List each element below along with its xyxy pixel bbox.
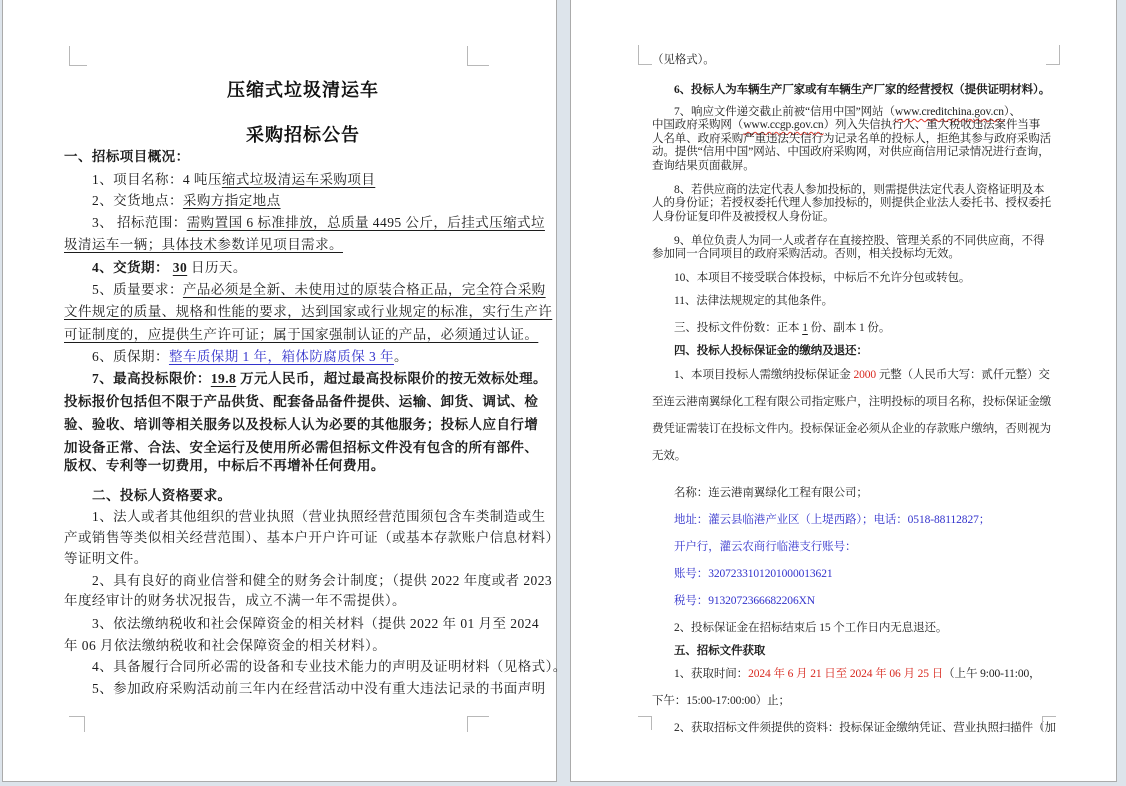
text-run: 费凭证需装订在投标文件内。投标保证金必须从企业的存款账户缴纳，否则视为	[652, 423, 1051, 435]
text-run: 验、验收、培训等相关服务以及投标人认为必要的其他服务；投标人应自行增	[64, 417, 538, 432]
text-line: 投标报价包括但不限于产品供货、配套备品备件提供、运输、卸货、调试、检	[64, 393, 538, 411]
text-run: 三、投标文件份数：正本	[674, 322, 802, 334]
text-line: 下午：15:00-17:00:00）止；	[652, 694, 790, 708]
text-run: 四、投标人投标保证金的缴纳及退还：	[674, 345, 868, 357]
text-line: 无效。	[652, 449, 686, 463]
text-run: 9、单位负责人为同一人或者存在直接控股、管理关系的不同供应商，不得	[674, 235, 1044, 247]
text-line: 二、投标人资格要求。	[92, 487, 232, 505]
text-line: 动。提供“信用中国”网站、中国政府采购网，对供应商信用记录情况进行查询，	[652, 145, 1050, 159]
text-line: 5、参加政府采购活动前三年内在经营活动中没有重大违法记录的书面声明	[92, 680, 546, 698]
text-run: 名称：连云港南翼绿化工程有限公司；	[674, 487, 868, 499]
text-run: 人身份证复印件及被授权人身份证。	[652, 211, 834, 223]
text-run: 开户行，灌云农商行临港支行账号：	[674, 541, 856, 553]
text-run: 查询结果页面截屏。	[652, 160, 755, 172]
margin-corner-mark	[1046, 45, 1060, 65]
text-run: （上午 9:00-11:00，	[943, 668, 1040, 680]
margin-corner-mark	[638, 716, 652, 730]
text-run: 1、法人或者其他组织的营业执照（营业执照经营范围须包含车类制造或生	[92, 509, 546, 524]
text-run: 8、若供应商的法定代表人参加投标的，则需提供法定代表人资格证明及本	[674, 184, 1044, 196]
text-run: 采购方指定地点	[183, 193, 281, 208]
text-line: 账号：3207233101201000013621	[674, 567, 833, 581]
text-run: 动。提供“信用中国”网站、中国政府采购网，对供应商信用记录情况进行查询，	[652, 146, 1050, 158]
text-line: 2、获取招标文件须提供的资料：投标保证金缴纳凭证、营业执照扫描件（加	[674, 721, 1056, 735]
text-run: 投标报价包括但不限于产品供货、配套备品备件提供、运输、卸货、调试、检	[64, 394, 538, 409]
text-run: 整车质保期 1 年，箱体防腐质保 3 年	[169, 349, 394, 364]
text-line: 可证制度的，应提供生产许可证；属于国家强制认证的产品，必须通过认证。	[64, 326, 538, 344]
text-run: 19.8	[211, 371, 236, 386]
text-run: 人名单、政府采购严重违法失信行为记录名单的投标人，拒绝其参与政府采购活	[652, 133, 1051, 145]
text-run: 需购置国 6 标准排放，总质量 4495 公斤，后挂式压缩式垃	[187, 215, 545, 230]
text-line: 税号：9132072366682206XN	[674, 594, 815, 608]
text-line: 年 06 月依法缴纳税收和社会保障资金的相关材料）。	[64, 637, 386, 655]
text-run: 五、招标文件获取	[674, 645, 765, 657]
text-run: 至连云港南翼绿化工程有限公司指定账户，注明投标的项目名称，投标保证金缴	[652, 396, 1051, 408]
text-run: 11、法律法规规定的其他条件。	[674, 295, 833, 307]
text-line: 开户行，灌云农商行临港支行账号：	[674, 540, 856, 554]
text-run: 产品必须是全新、未使用过的原装合格正品，完全符合采购	[183, 282, 546, 297]
text-line: 等证明文件。	[64, 550, 148, 568]
text-run: 4、交货期：	[92, 260, 173, 275]
text-run: 4、具备履行合同所必需的设备和专业技术能力的声明及证明材料（见格式）。	[92, 659, 567, 674]
text-line: 加设备正常、合法、安全运行及使用所必需但招标文件没有包含的所有部件、	[64, 439, 538, 457]
text-run: 地址：灌云县临港产业区（上堤西路）；电话：0518-88112827；	[674, 514, 990, 526]
text-run: 版权、专利等一切费用，中标后不再增补任何费用。	[64, 458, 385, 473]
text-run: 。	[394, 349, 408, 364]
text-line: 中国政府采购网（www.ccgp.gov.cn）列入失信执行人、重大税收违法案件…	[652, 118, 1040, 132]
text-line: 7、响应文件递交截止前被“信用中国”网站（www.creditchina.gov…	[674, 105, 1021, 119]
text-run: 6、质保期：	[92, 349, 169, 364]
text-run: 缩式垃圾清运车采购项目	[222, 172, 375, 187]
text-run: 3、依法缴纳税收和社会保障资金的相关材料（提供 2022 年 01 月至 202…	[92, 616, 539, 631]
margin-corner-mark	[69, 716, 85, 732]
text-line: 产或销售等类似相关经营范围）、基本户开户许可证（或基本存款账户信息材料）	[64, 529, 559, 547]
text-run: 7、最高投标限价：	[92, 371, 211, 386]
text-line: 1、本项目投标人需缴纳投标保证金 2000 元整（人民币大写：贰仟元整）交	[674, 368, 1050, 382]
text-run: 1、获取时间：	[674, 668, 748, 680]
text-line: 2、交货地点：采购方指定地点	[92, 192, 281, 210]
margin-corner-mark	[69, 46, 87, 66]
text-line: 人的身份证；若授权委托代理人参加投标的，则提供企业法人委托书、授权委托	[652, 196, 1051, 210]
text-line: 3、依法缴纳税收和社会保障资金的相关材料（提供 2022 年 01 月至 202…	[92, 615, 539, 633]
text-line: 5、质量要求：产品必须是全新、未使用过的原装合格正品，完全符合采购	[92, 281, 546, 299]
text-run: 加设备正常、合法、安全运行及使用所必需但招标文件没有包含的所有部件、	[64, 440, 538, 455]
text-line: 1、项目名称：4 吨压缩式垃圾清运车采购项目	[92, 171, 375, 189]
text-run: 账号：3207233101201000013621	[674, 568, 833, 580]
text-run: www.creditchina.gov.cn	[895, 106, 1004, 118]
text-run: 2000	[853, 369, 876, 381]
text-line: 名称：连云港南翼绿化工程有限公司；	[674, 486, 868, 500]
text-run: 产或销售等类似相关经营范围）、基本户开户许可证（或基本存款账户信息材料）	[64, 530, 559, 545]
text-line: 8、若供应商的法定代表人参加投标的，则需提供法定代表人资格证明及本	[674, 183, 1044, 197]
text-run: 下午：15:00-17:00:00）止；	[652, 695, 790, 707]
text-line: 地址：灌云县临港产业区（上堤西路）；电话：0518-88112827；	[674, 513, 990, 527]
text-line: 三、投标文件份数：正本 1 份、副本 1 份。	[674, 321, 890, 335]
text-run: 年 06 月依法缴纳税收和社会保障资金的相关材料）。	[64, 638, 386, 653]
text-line: 4、交货期： 30 日历天。	[92, 259, 247, 277]
text-run: 万元人民币，超过最高投标限价的按无效标处理。	[236, 371, 547, 386]
text-run: 5、质量要求：	[92, 282, 183, 297]
text-run: 圾清运车一辆；具体技术参数详见项目需求。	[64, 237, 343, 252]
text-line: 一、招标项目概况：	[64, 148, 190, 166]
document-page-2[interactable]: （见格式）。6、投标人为车辆生产厂家或有车辆生产厂家的经营授权（提供证明材料）。…	[570, 0, 1117, 782]
text-line: 6、投标人为车辆生产厂家或有车辆生产厂家的经营授权（提供证明材料）。	[674, 83, 1050, 97]
text-line: 文件规定的质量、规格和性能的要求，达到国家或行业规定的标准，实行生产许	[64, 303, 552, 321]
document-title-line2: 采购招标公告	[43, 121, 563, 147]
text-line: 验、验收、培训等相关服务以及投标人认为必要的其他服务；投标人应自行增	[64, 416, 538, 434]
margin-corner-mark	[638, 45, 652, 65]
margin-corner-mark	[467, 46, 489, 66]
text-line: 1、获取时间：2024 年 6 月 21 日至 2024 年 06 月 25 日…	[674, 667, 1041, 681]
text-run: 日历天。	[187, 260, 247, 275]
margin-corner-mark	[467, 716, 489, 732]
text-run: 1、项目名称：4 吨压	[92, 172, 222, 187]
text-run: 1、本项目投标人需缴纳投标保证金	[674, 369, 853, 381]
text-run: 5、参加政府采购活动前三年内在经营活动中没有重大违法记录的书面声明	[92, 681, 546, 696]
text-line: 2、具有良好的商业信誉和健全的财务会计制度；（提供 2022 年度或者 2023	[92, 572, 552, 590]
text-run: 2、获取招标文件须提供的资料：投标保证金缴纳凭证、营业执照扫描件（加	[674, 722, 1056, 734]
text-line: 7、最高投标限价：19.8 万元人民币，超过最高投标限价的按无效标处理。	[92, 370, 547, 388]
text-line: 五、招标文件获取	[674, 644, 765, 658]
text-line: 人名单、政府采购严重违法失信行为记录名单的投标人，拒绝其参与政府采购活	[652, 132, 1051, 146]
text-line: 参加同一合同项目的政府采购活动。否则，相关投标均无效。	[652, 247, 960, 261]
text-line: 版权、专利等一切费用，中标后不再增补任何费用。	[64, 457, 385, 475]
text-run: ）列入失信执行人、重大税收违法案件当事	[824, 119, 1041, 131]
text-run: 人的身份证；若授权委托代理人参加投标的，则提供企业法人委托书、授权委托	[652, 197, 1051, 209]
text-run: 7、响应文件递交截止前被“信用中国”网站（	[674, 106, 895, 118]
text-run: 一、招标项目概况：	[64, 149, 190, 164]
text-line: 四、投标人投标保证金的缴纳及退还：	[674, 344, 868, 358]
margin-corner-mark	[1042, 716, 1056, 730]
text-line: 年度经审计的财务状况报告，成立不满一年不需提供）。	[64, 592, 406, 610]
document-page-1[interactable]: 压缩式垃圾清运车 采购招标公告 一、招标项目概况：1、项目名称：4 吨压缩式垃圾…	[2, 0, 557, 782]
text-run: 二、投标人资格要求。	[92, 488, 232, 503]
text-line: 4、具备履行合同所必需的设备和专业技术能力的声明及证明材料（见格式）。	[92, 658, 567, 676]
text-run: 2024 年 6 月 21 日至 2024 年 06 月 25 日	[748, 668, 943, 680]
text-line: 1、法人或者其他组织的营业执照（营业执照经营范围须包含车类制造或生	[92, 508, 546, 526]
text-line: 费凭证需装订在投标文件内。投标保证金必须从企业的存款账户缴纳，否则视为	[652, 422, 1051, 436]
document-title-line1: 压缩式垃圾清运车	[43, 76, 563, 102]
text-run: 元整（人民币大写：贰仟元整）交	[876, 369, 1050, 381]
text-run: 2、具有良好的商业信誉和健全的财务会计制度；（提供 2022 年度或者 2023	[92, 573, 552, 588]
text-line: （见格式）。	[652, 53, 715, 67]
text-line: 圾清运车一辆；具体技术参数详见项目需求。	[64, 236, 343, 254]
text-run: 2、投标保证金在招标结束后 15 个工作日内无息退还。	[674, 622, 947, 634]
text-run: 10、本项目不接受联合体投标，中标后不允许分包或转包。	[674, 272, 970, 284]
text-run: 份、副本 1 份。	[808, 322, 890, 334]
text-line: 10、本项目不接受联合体投标，中标后不允许分包或转包。	[674, 271, 970, 285]
text-run: 可证制度的，应提供生产许可证；属于国家强制认证的产品，必须通过认证。	[64, 327, 538, 342]
text-run: （见格式）。	[652, 54, 715, 66]
text-run: www.ccgp.gov.cn	[743, 119, 823, 131]
text-run: 无效。	[652, 450, 686, 462]
text-line: 至连云港南翼绿化工程有限公司指定账户，注明投标的项目名称，投标保证金缴	[652, 395, 1051, 409]
text-run: ）、	[1004, 106, 1021, 118]
text-run: 30	[173, 260, 187, 275]
text-line: 查询结果页面截屏。	[652, 159, 755, 173]
text-line: 人身份证复印件及被授权人身份证。	[652, 210, 834, 224]
text-line: 2、投标保证金在招标结束后 15 个工作日内无息退还。	[674, 621, 947, 635]
text-run: 参加同一合同项目的政府采购活动。否则，相关投标均无效。	[652, 248, 960, 260]
text-run: 文件规定的质量、规格和性能的要求，达到国家或行业规定的标准，实行生产许	[64, 304, 552, 319]
text-run: 中国政府采购网（	[652, 119, 743, 131]
text-run: 等证明文件。	[64, 551, 148, 566]
text-line: 11、法律法规规定的其他条件。	[674, 294, 833, 308]
text-run: 2、交货地点：	[92, 193, 183, 208]
text-run: 3、 招标范围：	[92, 215, 187, 230]
text-run: 税号：9132072366682206XN	[674, 595, 815, 607]
text-line: 9、单位负责人为同一人或者存在直接控股、管理关系的不同供应商，不得	[674, 234, 1044, 248]
text-run: 6、投标人为车辆生产厂家或有车辆生产厂家的经营授权（提供证明材料）。	[674, 84, 1050, 96]
text-line: 3、 招标范围：需购置国 6 标准排放，总质量 4495 公斤，后挂式压缩式垃	[92, 214, 545, 232]
text-run: 年度经审计的财务状况报告，成立不满一年不需提供）。	[64, 593, 406, 608]
text-line: 6、质保期：整车质保期 1 年，箱体防腐质保 3 年。	[92, 348, 408, 366]
